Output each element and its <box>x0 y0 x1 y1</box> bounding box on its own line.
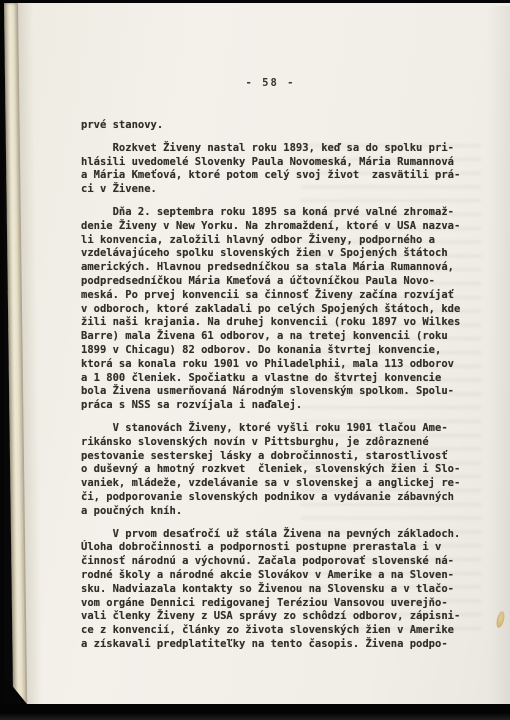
text-line: V prvom desaťročí už stála Živena na pev… <box>81 528 473 542</box>
scanned-book-page-photo: - 58 - prvé stanovy. Rozkvet Živeny nast… <box>0 0 510 720</box>
text-line: li konvencia, založili hlavný odbor Žive… <box>81 234 473 248</box>
frame-bottom <box>0 704 510 720</box>
paragraph: V stanovách Živeny, ktoré vyšli roku 190… <box>81 422 473 519</box>
text-line: V stanovách Živeny, ktoré vyšli roku 190… <box>81 422 473 436</box>
text-line: Úloha dobročinnosti a podpornosti postup… <box>81 541 473 555</box>
text-line: bola Živena usmerňovaná Národným slovens… <box>81 385 473 399</box>
text-line: práca s NSS sa rozvíjala i naďalej. <box>81 399 473 413</box>
paragraph: Rozkvet Živeny nastal roku 1893, keď sa … <box>81 142 473 197</box>
text-line: prvé stanovy. <box>81 119 473 133</box>
text-line: ce z konvencií, články zo života slovens… <box>81 624 473 638</box>
text-line: či, podporovanie slovenských podnikov a … <box>81 491 473 505</box>
frame-top <box>0 0 510 3</box>
text-line: vali členky Živeny z USA správy zo schôd… <box>81 610 473 624</box>
text-line: meská. Po prvej konvencii sa činnosť Živ… <box>81 289 473 303</box>
text-line: hlásili uvedomelé Slovenky Paula Novomes… <box>81 156 473 170</box>
text-line: Barre) mala Živena 61 odborov, a na tret… <box>81 330 473 344</box>
body-text: prvé stanovy. Rozkvet Živeny nastal roku… <box>81 119 473 652</box>
text-line: a získavali predplatiteľky na tento časo… <box>81 638 473 652</box>
text-line: a poučných kníh. <box>81 505 473 519</box>
text-line: činnosť národnú a výchovnú. Začala podpo… <box>81 555 473 569</box>
text-line: Rozkvet Živeny nastal roku 1893, keď sa … <box>81 142 473 156</box>
text-line: ktorá sa konala roku 1901 vo Philadelphi… <box>81 358 473 372</box>
text-line: denie Živeny v New Yorku. Na zhromaždení… <box>81 220 473 234</box>
text-line: o duševný a hmotný rozkvet členiek, slov… <box>81 463 473 477</box>
text-line: vaniek, mládeže, vzdelávanie sa v sloven… <box>81 477 473 491</box>
text-line: amerických. Hlavnou predsedníčkou sa sta… <box>81 261 473 275</box>
text-line: žili naši krajania. Na druhej konvencii … <box>81 316 473 330</box>
paragraph: Dňa 2. septembra roku 1895 sa koná prvé … <box>81 206 473 413</box>
text-line: 1899 v Chicagu) 82 odborov. Do konania š… <box>81 344 473 358</box>
paragraph: V prvom desaťročí už stála Živena na pev… <box>81 528 473 652</box>
text-line: sku. Nadviazala kontakty so Živenou na S… <box>81 583 473 597</box>
text-line: v odboroch, ktoré zakladali po celých Sp… <box>81 303 473 317</box>
frame-left <box>0 0 4 720</box>
text-line: vom orgáne Dennici redigovanej Teréziou … <box>81 597 473 611</box>
text-line: a 1 800 členiek. Spočiatku a vlastne do … <box>81 372 473 386</box>
text-line: pestovanie sesterskej lásky a dobročinno… <box>81 450 473 464</box>
text-line: rodné školy a národné akcie Slovákov v A… <box>81 569 473 583</box>
text-line: rikánsko slovenských novín v Pittsburghu… <box>81 436 473 450</box>
paragraph: prvé stanovy. <box>81 119 473 133</box>
text-line: podpredsedníčkou Mária Kmeťová a účtovní… <box>81 275 473 289</box>
text-line: a Mária Kmeťová, ktoré potom celý svoj ž… <box>81 169 473 183</box>
text-line: vzdelávajúceho spolku slovenských žien v… <box>81 247 473 261</box>
text-line: Dňa 2. septembra roku 1895 sa koná prvé … <box>81 206 473 220</box>
page-number: - 58 - <box>81 77 460 89</box>
page-right-shadow <box>488 6 510 708</box>
text-line: ci v Živene. <box>81 183 473 197</box>
